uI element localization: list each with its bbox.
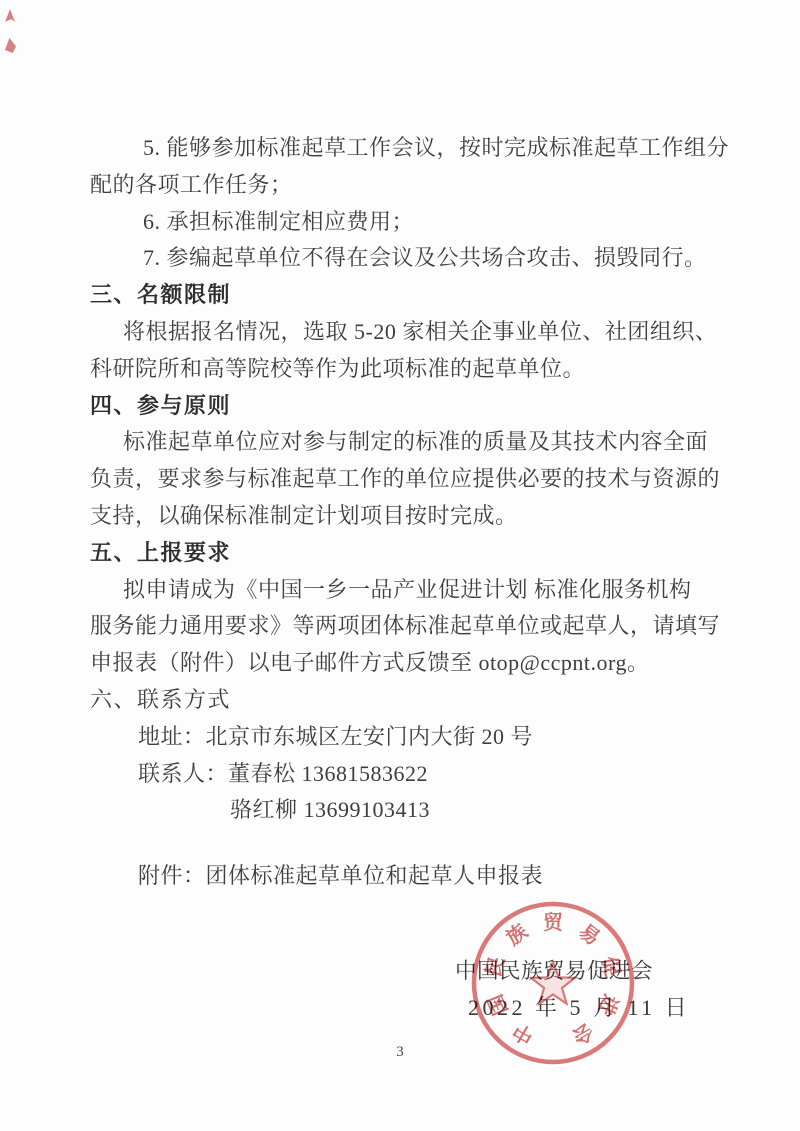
scan-artifact-mark bbox=[5, 9, 15, 22]
list-item-6: 6. 承担标准制定相应费用； bbox=[90, 204, 750, 241]
para-4-line3: 支持，以确保标准制定计划项目按时完成。 bbox=[90, 498, 750, 535]
para-5-line2: 服务能力通用要求》等两项团体标准起草单位或起草人，请填写 bbox=[90, 608, 750, 645]
para-3-line2: 科研院所和高等院校等作为此项标准的起草单位。 bbox=[90, 351, 750, 388]
list-item-7: 7. 参编起草单位不得在会议及公共场合攻击、损毁同行。 bbox=[90, 240, 750, 277]
document-page: 5. 能够参加标准起草工作会议，按时完成标准起草工作组分 配的各项工作任务； 6… bbox=[0, 0, 800, 1131]
seal-ring-char: 促 bbox=[597, 954, 625, 980]
seal-ring-char: 中 bbox=[508, 1019, 537, 1050]
seal-ring-char: 民 bbox=[482, 954, 509, 979]
document-body: 5. 能够参加标准起草工作会议，按时完成标准起草工作组分 配的各项工作任务； 6… bbox=[90, 130, 750, 1027]
section-heading-6: 六、联系方式 bbox=[90, 682, 750, 719]
seal-ring-char: 国 bbox=[484, 991, 513, 1018]
seal-star-icon bbox=[531, 962, 575, 1004]
seal-ring-char: 易 bbox=[574, 920, 604, 950]
attachment-note: 附件：团体标准起草单位和起草人申报表 bbox=[90, 858, 750, 895]
section-heading-5: 五、上报要求 bbox=[90, 535, 750, 572]
section-heading-3: 三、名额限制 bbox=[90, 277, 750, 314]
contact-person-1: 联系人：董春松 13681583622 bbox=[90, 756, 750, 793]
seal-ring-char: 进 bbox=[594, 991, 624, 1019]
para-5-line3: 申报表（附件）以电子邮件方式反馈至 otop@ccpnt.org。 bbox=[90, 645, 750, 682]
para-5-line1: 拟申请成为《中国一乡一品产业促进计划 标准化服务机构 bbox=[90, 572, 750, 609]
section-heading-4: 四、参与原则 bbox=[90, 388, 750, 425]
contact-address: 地址：北京市东城区左安门内大街 20 号 bbox=[90, 719, 750, 756]
list-item-5-line2: 配的各项工作任务； bbox=[90, 167, 750, 204]
para-4-line2: 负责，要求参与标准起草工作的单位应提供必要的技术与资源的 bbox=[90, 461, 750, 498]
para-3-line1: 将根据报名情况，选取 5-20 家相关企事业单位、社团组织、 bbox=[90, 314, 750, 351]
seal-ring-char: 会 bbox=[568, 1019, 597, 1050]
page-number: 3 bbox=[0, 1042, 800, 1062]
para-4-line1: 标准起草单位应对参与制定的标准的质量及其技术内容全面 bbox=[90, 424, 750, 461]
contact-person-2: 骆红柳 13699103413 bbox=[90, 792, 750, 829]
official-seal: 中 国 民 族 贸 易 促 进 会 bbox=[469, 899, 637, 1067]
scan-artifact-mark bbox=[5, 38, 16, 53]
seal-ring-char: 族 bbox=[501, 919, 531, 950]
seal-ring-char: 贸 bbox=[543, 911, 564, 934]
list-item-5-line1: 5. 能够参加标准起草工作会议，按时完成标准起草工作组分 bbox=[90, 130, 750, 167]
